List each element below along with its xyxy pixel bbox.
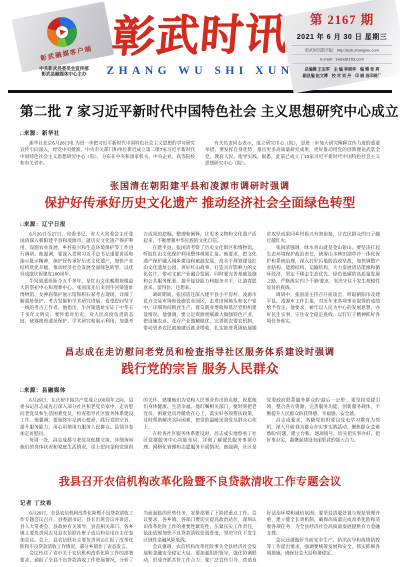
masthead: 彰武时讯 ZHANG WU SHI XUN [104,12,296,77]
staff-credits: 总编辑 王志军 主 编 李晓华 编 辑 张 爽 副总编 赵文博 校 对 刘 丹 … [292,66,392,80]
stories-area: 第二批 7 家习近平新时代中国特色社会 主义思想研究中心成立 □来源：新华社 新… [0,104,400,567]
story-2-headline: 保护好传承好历史文化遗产 推动经济社会全面绿色转型 [20,196,380,211]
issue-number: 第 2167 期 [292,10,392,28]
app-play-logo-icon [44,14,79,49]
story-1-source-tag: □来源：新华社 [20,129,380,137]
logo-ribbon: 彰武融媒客户端 [12,2,115,73]
story-1: 第二批 7 家习近平新时代中国特色社会 主义思想研究中心成立 □来源：新华社 新… [20,104,380,168]
story-3: 昌志成在走访慰问老党员和检查指导社区服务体系建设时强调 践行党的宗旨 服务人民群… [20,347,380,465]
masthead-divider [8,90,392,93]
story-2-body: 6月26日至27日，省委书记、省人大常委会主任张国清深入朝阳建平县和凌源市，就历… [20,231,380,335]
story-3-headline: 践行党的宗旨 服务人民群众 [20,362,380,377]
story-3-body: 6月29日，在庆祝中国共产党成立100周年之际，县委书记昌志成先后深入部分社区和… [20,397,380,465]
publish-date: 2021 年 6 月 30 日 星期三 [292,32,392,46]
story-3-source-tag: □来源：县融媒体 [20,386,380,394]
newspaper-title-pinyin: ZHANG WU SHI XUN [104,65,296,77]
story-2-source-tag: □来源：辽宁日报 [20,220,380,228]
story-1-body: 新华社北京6月26日电 为进一步把习近平新时代中国特色社会主义思想的学习研究宣传… [20,140,380,168]
story-4-body: 6月29日，全县农信机构改革化险暨不良贷款清收工作专题会议召开。县委副书记、县长… [20,510,380,567]
digital-edition-url: 彰武时讯数字报：http://szb.zhangwu.com [292,46,392,55]
staff-line-2: 副总编 赵文博 校 对 刘 丹 印 刷 县印刷厂 [292,73,392,80]
story-3-kicker: 昌志成在走访慰问老党员和检查指导社区服务体系建设时强调 [20,347,380,358]
newspaper-front-page: 彰武融媒客户端 中共彰武县委员会宣传部 彰武县融媒体中心主办 彰武时讯 ZHAN… [0,0,400,567]
story-4-headline: 我县召开农信机构改革化险暨不良贷款清收工作专题会议 [20,475,380,490]
app-label: 彰武融媒客户端 [39,43,92,62]
masthead-header: 彰武融媒客户端 中共彰武县委员会宣传部 彰武县融媒体中心主办 彰武时讯 ZHAN… [0,0,400,88]
story-4-byline: 记者 丁玟希 [20,499,380,507]
story-2: 张国清在朝阳建平县和凌源市调研时强调 保护好传承好历史文化遗产 推动经济社会全面… [20,181,380,335]
email-line: E-mail：zwsx@163.com [292,55,392,64]
issue-info-block: 第 2167 期 2021 年 6 月 30 日 星期三 彰武时讯数字报：htt… [292,10,392,80]
story-2-kicker: 张国清在朝阳建平县和凌源市调研时强调 [20,181,380,192]
story-4: 我县召开农信机构改革化险暨不良贷款清收工作专题会议 记者 丁玟希 6月29日，全… [20,475,380,567]
story-1-headline: 第二批 7 家习近平新时代中国特色社会 主义思想研究中心成立 [20,104,380,120]
newspaper-title: 彰武时讯 [102,10,299,61]
